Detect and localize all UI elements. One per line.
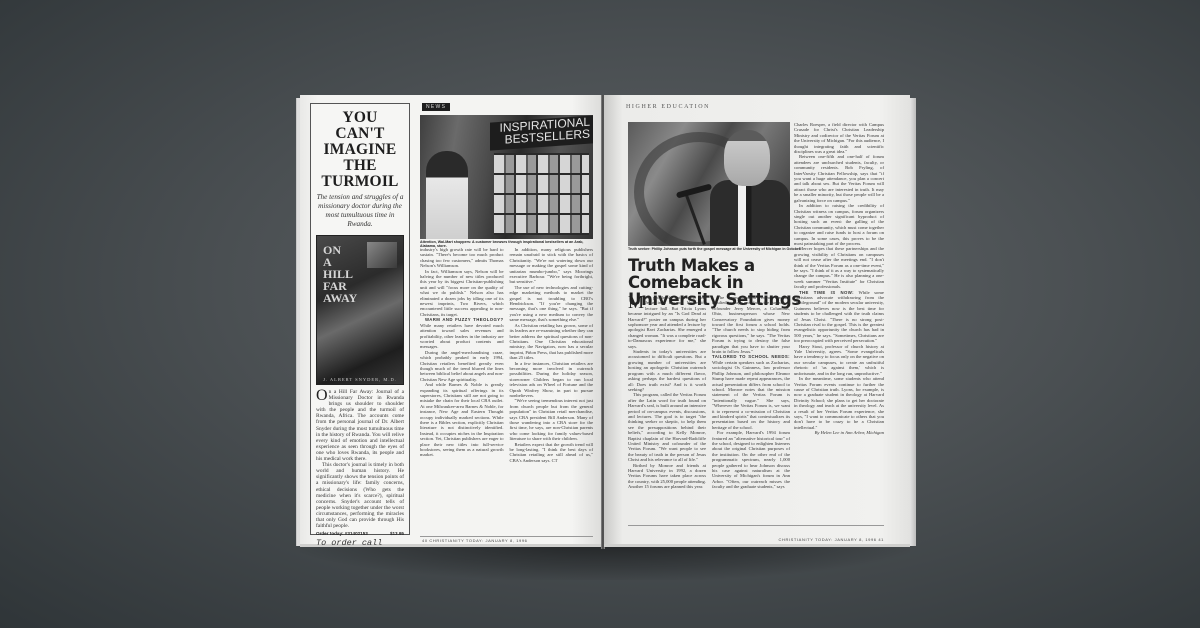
photo-caption: Truth seeker: Phillip Johnson puts forth… <box>628 247 801 251</box>
ad-headline-line: IMAGINE <box>311 142 409 158</box>
paragraph: As Christian retailing has grown, some o… <box>510 323 594 361</box>
byline: By Helen Lee in Ann Arbor, Michigan <box>794 430 884 435</box>
paragraph: Retailers expect that the growth trend w… <box>510 442 594 464</box>
speaker-photo <box>628 122 790 246</box>
ad-body: O n a Hill Far Away: Journal of a Missio… <box>316 389 404 529</box>
bookshelf <box>494 153 589 235</box>
speaker-head <box>724 130 770 186</box>
paragraph: Harry Stout, professor of church history… <box>794 344 884 376</box>
ad-headline-line: THE <box>311 158 409 174</box>
price: $13.95 <box>390 531 404 536</box>
paragraph: Students in today's universities are acc… <box>628 349 706 392</box>
article-column: The transmigration from Harvard resulted… <box>712 295 790 490</box>
news-article-columns: industry's high growth rate will be hard… <box>420 247 593 463</box>
paragraph: While certain speakers such as Zacharias… <box>712 360 790 430</box>
bookstore-photo: INSPIRATIONAL BESTSELLERS <box>420 115 593 239</box>
paragraph: The use of new technologies and cutting-… <box>510 285 594 323</box>
paragraph: In addition to raising the credibility o… <box>794 203 884 246</box>
book-author: J. ALBERT SNYDER, M.D. <box>317 377 403 382</box>
paragraph: In fact, Williamson says, Nelson will be… <box>420 269 504 318</box>
paragraph: Charles Roesper, a field director with C… <box>794 122 884 154</box>
paragraph: For example, Harvard's 1994 forum featur… <box>712 430 790 489</box>
ad-order-line: Order today: #31402153 $13.95 <box>316 531 404 536</box>
subhead: THE TIME IS NOW: <box>799 290 854 295</box>
paragraph: industry's high growth rate will be hard… <box>420 247 504 269</box>
footer-rule <box>420 536 593 537</box>
page-folio: 40 CHRISTIANITY TODAY: JANUARY 8, 1996 <box>422 538 528 543</box>
paragraph: "We're seeing tremendous interest not ju… <box>510 398 594 441</box>
paragraph: Between one-fifth and one-half of forum … <box>794 154 884 203</box>
article-column: Most people do not usually find Jesus in… <box>628 295 706 490</box>
shopper-figure <box>426 151 468 239</box>
ad-headline-line: YOU <box>311 110 409 126</box>
ad-headline-line: CAN'T <box>311 126 409 142</box>
right-page-edge <box>910 98 916 546</box>
article-columns: Most people do not usually find Jesus in… <box>628 295 790 490</box>
subhead: WARM AND FUZZY THEOLOGY? <box>425 317 504 322</box>
paragraph: In the meantime, some students who atten… <box>794 376 884 430</box>
paragraph: Birthed by Monroe and friends at Harvard… <box>628 463 706 490</box>
call-text: To order call <box>316 539 404 547</box>
paragraph: During the angel-merchandising craze, wh… <box>420 350 504 382</box>
ad-drop-cap: O <box>316 389 328 402</box>
order-code: Order today: #31402153 <box>316 531 368 536</box>
article-column-right: Charles Roesper, a field director with C… <box>794 122 884 436</box>
book-advertisement: YOU CAN'T IMAGINE THE TURMOIL The tensio… <box>310 103 410 535</box>
ad-body-paragraph: This doctor's journal is timely in both … <box>316 462 404 529</box>
footer-rule <box>628 525 884 526</box>
ad-headline: YOU CAN'T IMAGINE THE TURMOIL <box>311 110 409 190</box>
article-column: Charles Roesper, a field director with C… <box>794 122 884 436</box>
page-folio: CHRISTIANITY TODAY: JANUARY 8, 1996 41 <box>778 537 884 542</box>
section-label: HIGHER EDUCATION <box>626 104 710 110</box>
bestsellers-sign: INSPIRATIONAL BESTSELLERS <box>490 115 593 150</box>
news-section-tag: NEWS <box>422 103 450 111</box>
drop-cap: M <box>628 295 644 310</box>
speaker-body <box>710 180 790 246</box>
paragraph: This program, called the Veritas Forum a… <box>628 392 706 462</box>
author-photo <box>367 242 397 268</box>
magazine-spread: YOU CAN'T IMAGINE THE TURMOIL The tensio… <box>300 95 910 549</box>
ad-subhead: The tension and struggles of a missionar… <box>315 193 405 229</box>
paragraph: In a few instances, Christian retailers … <box>510 361 594 399</box>
book-cover-image: ON A HILL FAR AWAY J. ALBERT SNYDER, M.D… <box>316 235 404 385</box>
ad-body-paragraph: n a Hill Far Away: Journal of a Missiona… <box>316 389 404 462</box>
right-page: HIGHER EDUCATION Truth seeker: Phillip J… <box>604 95 910 547</box>
ad-headline-line: TURMOIL <box>311 174 409 190</box>
book-title: ON A HILL FAR AWAY <box>323 244 373 304</box>
paragraph: In addition, many religious publishers r… <box>510 247 594 285</box>
book-title-line: AWAY <box>323 292 373 304</box>
paragraph: While some Christians advocate withdrawi… <box>794 290 884 344</box>
paragraph: The transmigration from Harvard resulted… <box>712 295 790 354</box>
paragraph: And while Barnes & Noble is greatly expa… <box>420 382 504 458</box>
subhead: TAILORED TO SCHOOL NEEDS: <box>712 354 790 359</box>
article-column: industry's high growth rate will be hard… <box>420 247 504 463</box>
paragraph: Mercer hopes that these partnerships and… <box>794 246 884 289</box>
ad-call-to-action: To order call ▶ Light — Life 1-800-348-2… <box>316 539 404 547</box>
paragraph: While many retailers have devoted much a… <box>420 323 504 350</box>
left-page: YOU CAN'T IMAGINE THE TURMOIL The tensio… <box>300 95 602 547</box>
article-column: In addition, many religious publishers r… <box>510 247 594 463</box>
